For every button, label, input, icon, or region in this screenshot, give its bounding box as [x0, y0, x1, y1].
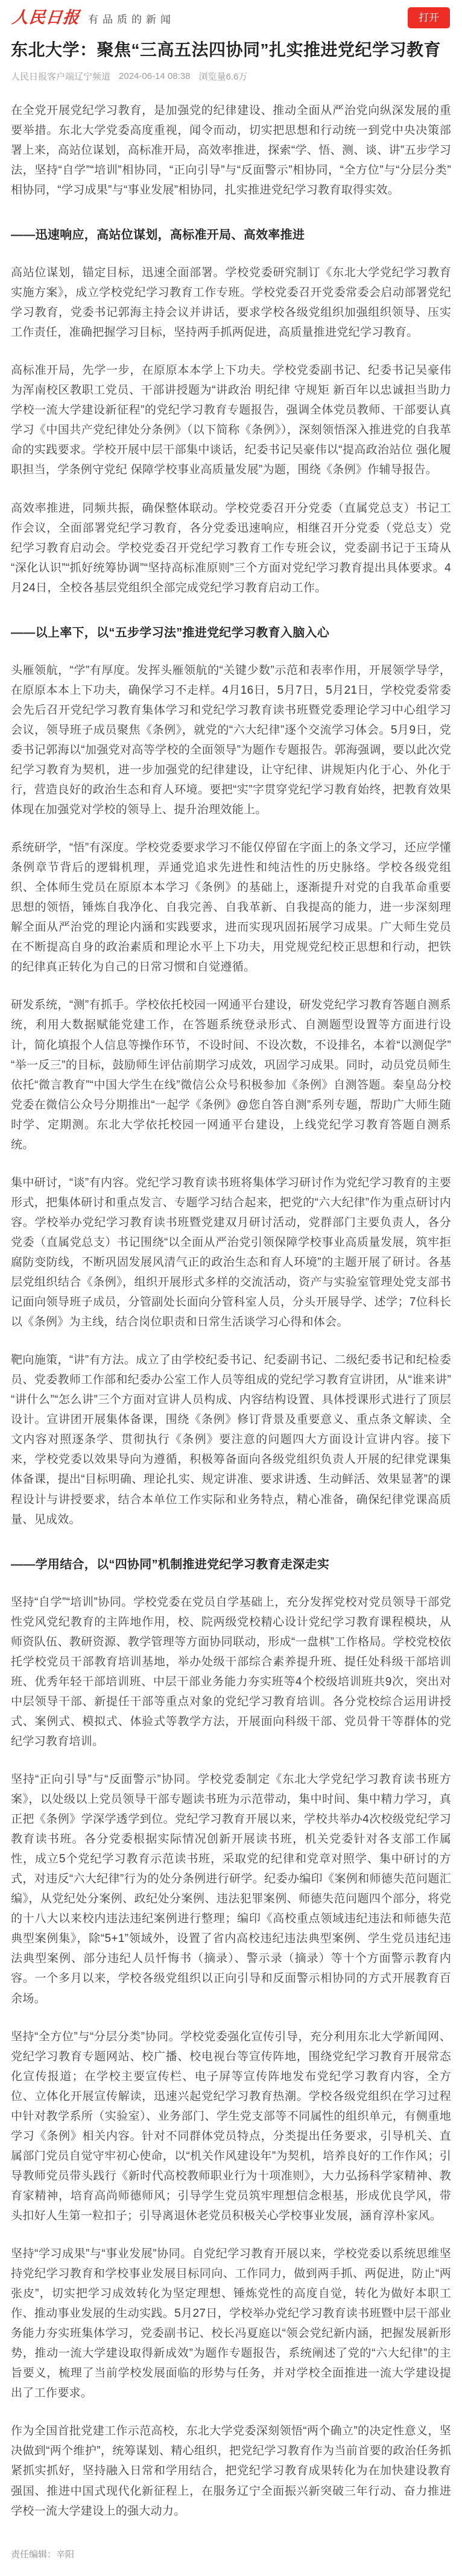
article-footer: 责任编辑：辛阳 [0, 2539, 462, 2576]
article-paragraph: 研发系统，“测”有抓手。学校依托校园一网通平台建设，研发党纪学习教育答题自测系统… [11, 995, 451, 1154]
article-title: 东北大学：聚焦“三高五法四协同”扎实推进党纪学习教育 [11, 39, 451, 61]
article-paragraph: 作为全国首批党建工作示范高校，东北大学党委深刻领悟“两个确立”的决定性意义，坚决… [11, 2421, 451, 2521]
section-heading: ——以上率下，以“五步学习法”推进党纪学习教育入脑入心 [11, 623, 451, 642]
article-paragraph: 高标准开局，先学一步，在原原本本学上下功夫。学校党委副书记、纪委书记吴豪伟为浑南… [11, 360, 451, 480]
article-source: 人民日报客户端辽宁频道 [11, 70, 110, 83]
editor-credit: 责任编辑：辛阳 [11, 2549, 74, 2560]
section-heading: ——学用结合，以“四协同”机制推进党纪学习教育走深走实 [11, 1555, 451, 1574]
article-paragraph: 高站位谋划，锚定目标，迅速全面部署。学校党委研究制订《东北大学党纪学习教育实施方… [11, 263, 451, 342]
article-body: 在全党开展党纪学习教育，是加强党的纪律建设、推动全面从严治党向纵深发展的重要举措… [11, 101, 451, 2521]
article-paragraph: 系统研学，“悟”有深度。学校党委要求学习不能仅停留在字面上的条文学习，还应学懂条… [11, 838, 451, 977]
article-paragraph: 头雁领航，“学”有厚度。发挥头雁领航的“关键少数”示范和表率作用，开展领学导学，… [11, 661, 451, 820]
article-paragraph: 坚持“正向引导”与“反面警示”协同。学校党委制定《东北大学党纪学习教育读书班方案… [11, 1770, 451, 2009]
article-paragraph: 高效率推进，同频共振，确保整体联动。学校党委召开分党委（直属党总支）书记工作会议… [11, 498, 451, 598]
article-paragraph: 坚持“学习成果”与“事业发展”协同。自党纪学习教育开展以来，学校党委以系统思维坚… [11, 2244, 451, 2403]
peoples-daily-logo: 人民日报 [11, 10, 81, 26]
open-app-button[interactable]: 打开 [408, 7, 450, 28]
app-header: 人民日报 有品质的新闻 打开 [0, 0, 462, 35]
article-meta: 人民日报客户端辽宁频道 2024-06-14 08:38 浏览量6.6万 [11, 70, 451, 83]
article-page: 人民日报 有品质的新闻 打开 东北大学：聚焦“三高五法四协同”扎实推进党纪学习教… [0, 0, 462, 2576]
brand-area[interactable]: 人民日报 有品质的新闻 [12, 10, 175, 26]
article: 东北大学：聚焦“三高五法四协同”扎实推进党纪学习教育 人民日报客户端辽宁频道 2… [0, 35, 462, 2521]
brand-tagline: 有品质的新闻 [88, 10, 175, 26]
section-heading: ——迅速响应，高站位谋划，高标准开局、高效率推进 [11, 225, 451, 245]
article-paragraph: 坚持“全方位”与“分层分类”协同。学校党委强化宣传引导，充分利用东北大学新闻网、… [11, 2027, 451, 2226]
article-views: 浏览量6.6万 [198, 70, 247, 83]
article-paragraph: 坚持“自学”“培训”协同。学校党委在党员自学基础上，充分发挥党校对党员领导干部党… [11, 1592, 451, 1751]
article-paragraph: 靶向施策，“讲”有方法。成立了由学校纪委书记、纪委副书记、二级纪委书记和纪检委员… [11, 1350, 451, 1529]
article-paragraph: 集中研讨，“谈”有内容。党纪学习教育读书班将集体学习研讨作为党纪学习教育的主要形… [11, 1173, 451, 1332]
article-date: 2024-06-14 08:38 [119, 71, 190, 81]
article-paragraph: 在全党开展党纪学习教育，是加强党的纪律建设、推动全面从严治党向纵深发展的重要举措… [11, 101, 451, 200]
